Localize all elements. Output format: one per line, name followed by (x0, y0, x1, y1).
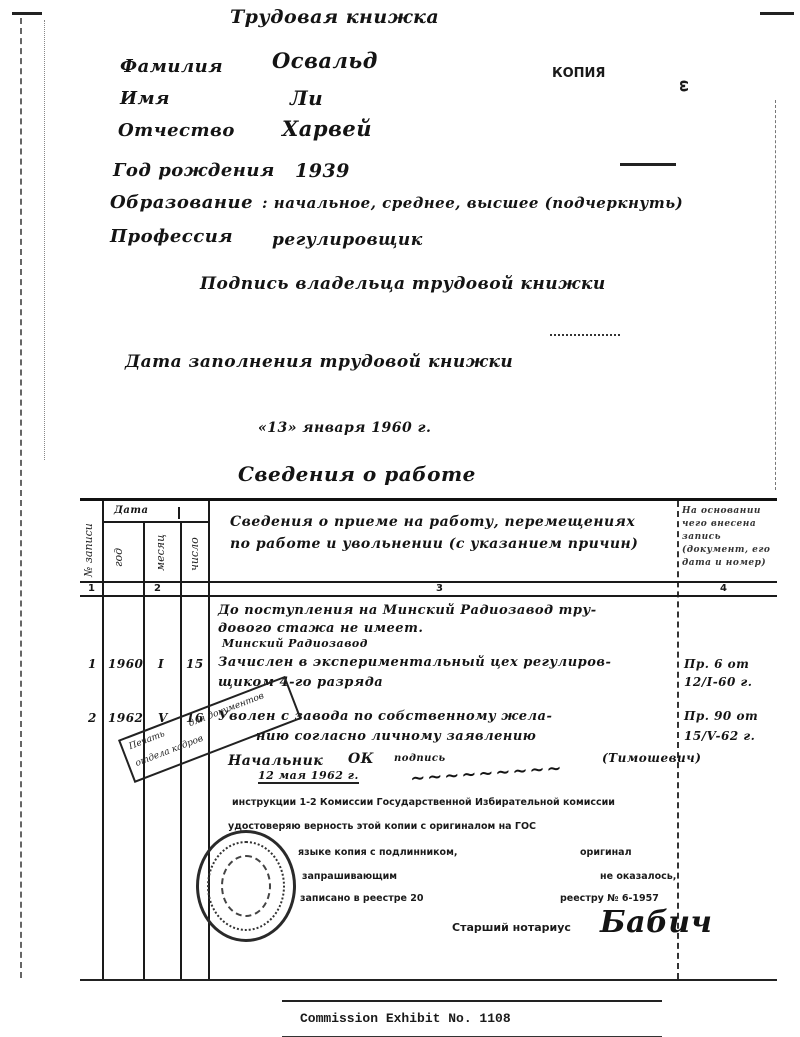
field-value-profession: регулировщик (272, 230, 423, 250)
col-number: 2 (154, 583, 161, 594)
row-basis: Пр. 6 от (684, 657, 749, 671)
head-dept: ОК (348, 751, 374, 767)
column-divider (178, 507, 180, 519)
row-number: 1 (88, 657, 97, 671)
header-day: число (188, 537, 201, 571)
notary-signature: Бабич (600, 905, 713, 940)
row-text: нию согласно личному заявлению (256, 729, 536, 744)
field-label-name: Имя (120, 88, 170, 109)
field-label-education: Образование (110, 192, 253, 213)
head-name: (Тимошевич) (602, 751, 701, 765)
notary-line: запрашивающим (302, 871, 397, 882)
col-number: 1 (88, 583, 95, 594)
row-text: Минский Радиозавод (222, 637, 368, 650)
row-basis: Пр. 90 от (684, 709, 758, 723)
field-value-education: : начальное, среднее, высшее (подчеркнут… (262, 194, 683, 212)
col-number: 4 (720, 583, 727, 594)
row-year: 1962 (108, 711, 143, 725)
row-text: щиком 4-го разряда (218, 675, 383, 690)
row-basis: 15/V-62 г. (684, 729, 755, 743)
row-year: 1960 (108, 657, 143, 671)
notary-line: инструкции 1-2 Комиссии Государственной … (232, 797, 615, 808)
official-seal (196, 830, 296, 942)
field-value-name: Ли (290, 86, 323, 110)
row-basis: 12/I-60 г. (684, 675, 752, 689)
notary-line: записано в реестре 20 (300, 893, 424, 904)
dotted-line (550, 334, 620, 336)
header-basis: На основании чего внесена запись (докуме… (682, 505, 772, 570)
header-divider (80, 595, 777, 597)
header-record-number: № записи (82, 523, 95, 577)
header-date-group: Дата (114, 505, 148, 516)
notary-line: не оказалось, (600, 871, 676, 882)
header-month: месяц (154, 534, 167, 571)
field-value-patronymic: Харвей (282, 116, 372, 141)
copy-mark: КОПИЯ (552, 66, 605, 81)
redaction-line (620, 163, 676, 166)
field-label-patronymic: Отчество (118, 120, 235, 141)
notary-line: оригинал (580, 847, 632, 858)
signature-caption: подпись (394, 753, 446, 764)
fill-date-value: «13» января 1960 г. (258, 420, 431, 436)
header-details: Сведения о приеме на работу, перемещения… (230, 511, 650, 555)
page-edge (44, 20, 45, 460)
head-date: 12 мая 1962 г. (258, 769, 359, 784)
row-day: 15 (186, 657, 204, 671)
side-mark: ω (676, 80, 692, 92)
exhibit-label: Commission Exhibit No. 1108 (300, 1011, 511, 1026)
row-text: Зачислен в экспериментальный цех регулир… (218, 655, 611, 670)
notary-line: реестру № 6-1957 (560, 893, 659, 904)
column-divider (102, 501, 104, 979)
field-label-birth-year: Год рождения (113, 160, 275, 181)
notary-line: удостоверяю верность этой копии с оригин… (228, 821, 536, 832)
row-text: дового стажа не имеет. (218, 621, 423, 636)
page-edge (20, 18, 22, 978)
field-value-birth-year: 1939 (295, 160, 350, 182)
field-value-surname: Освальд (272, 48, 378, 73)
head-label: Начальник (228, 753, 323, 769)
row-month: I (158, 657, 164, 671)
fill-date-label: Дата заполнения трудовой книжки (125, 352, 513, 372)
header-divider (102, 521, 208, 523)
notary-label: Старший нотариус (452, 921, 571, 934)
page-edge (775, 100, 776, 490)
field-label-surname: Фамилия (120, 56, 223, 77)
work-section-title: Сведения о работе (238, 462, 476, 486)
field-label-profession: Профессия (110, 226, 233, 247)
row-text: До поступления на Минский Радиозавод тру… (218, 603, 597, 618)
page-corner-mark (12, 12, 42, 15)
page-corner-mark (760, 12, 794, 15)
header-divider (80, 581, 777, 583)
exhibit-label-box: Commission Exhibit No. 1108 (282, 1000, 662, 1037)
header-year: год (112, 548, 125, 567)
owner-signature-label: Подпись владельца трудовой книжки (200, 274, 606, 294)
document-title: Трудовая книжка (230, 6, 439, 28)
row-number: 2 (88, 711, 97, 725)
col-number: 3 (436, 583, 443, 594)
notary-line: языке копия с подлинником, (298, 847, 457, 858)
